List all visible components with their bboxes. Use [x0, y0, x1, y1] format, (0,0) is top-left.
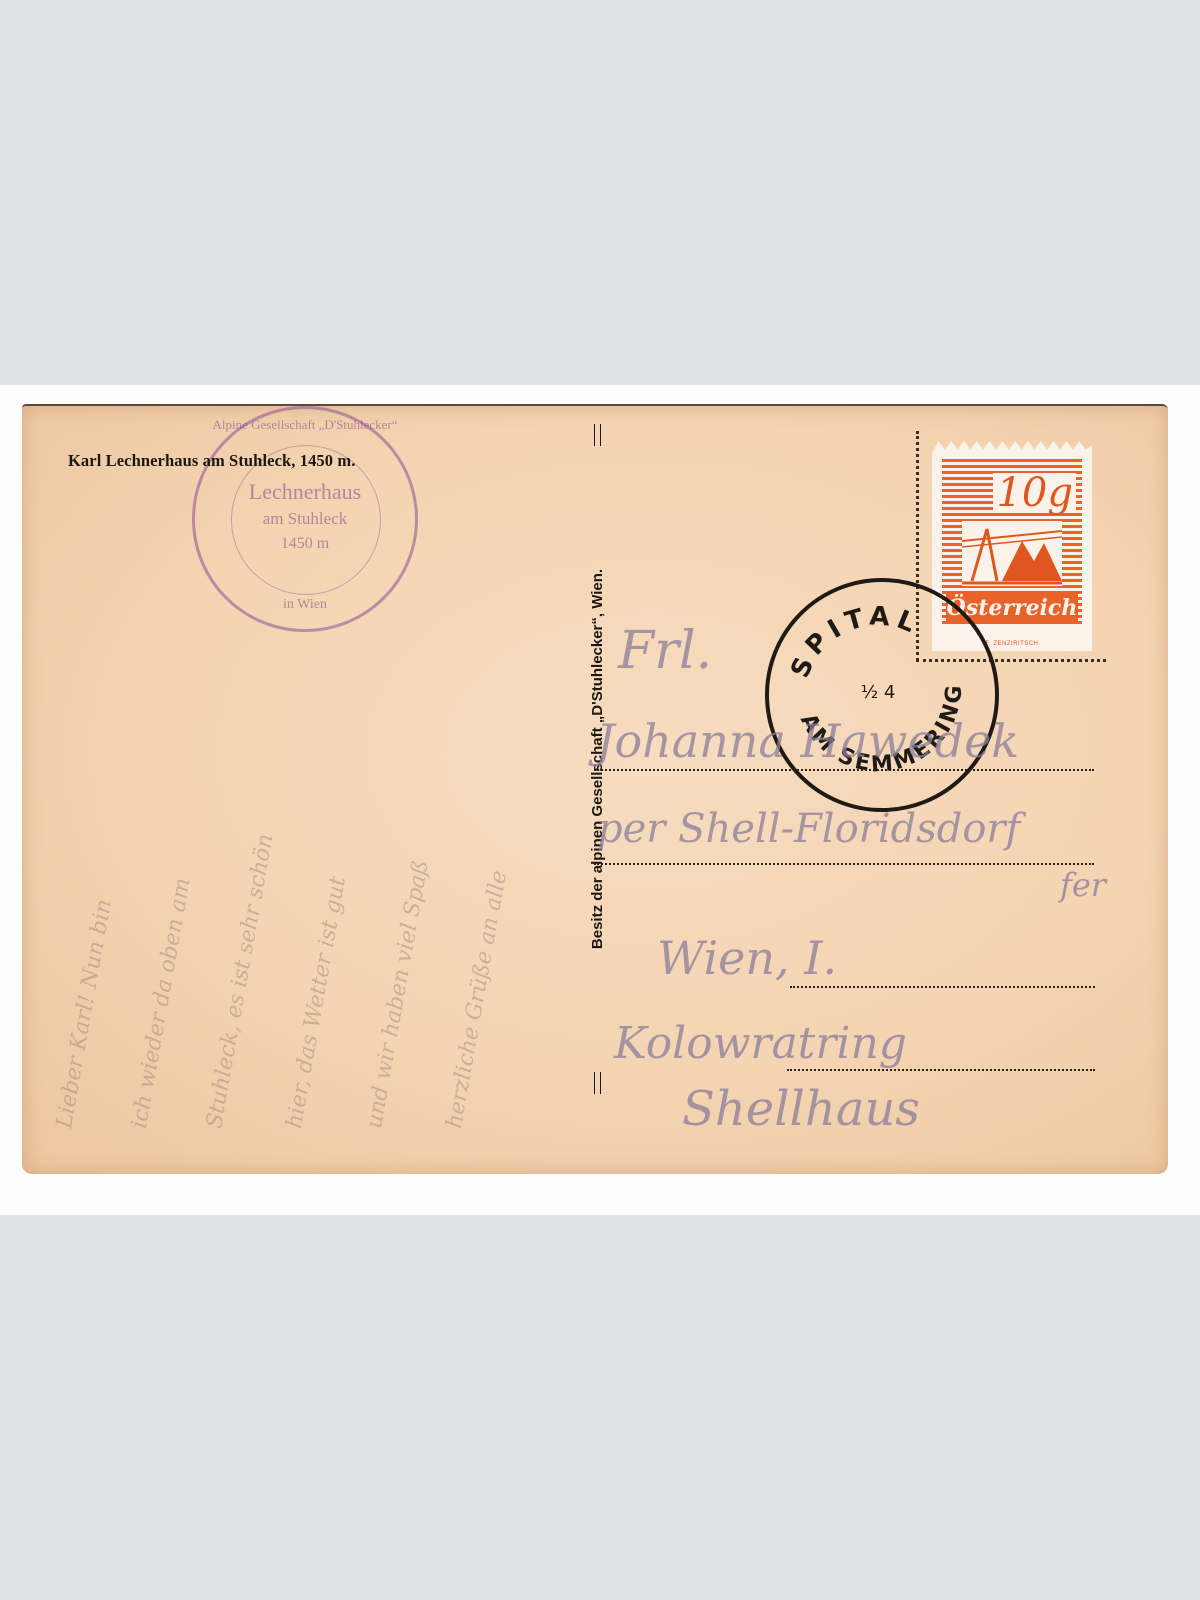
- handstamp-bottom-text: in Wien: [195, 597, 415, 613]
- message-line: und wir haben viel Spaß: [362, 858, 434, 1130]
- address-street: Kolowratring: [614, 1018, 907, 1069]
- postcard-title: Karl Lechnerhaus am Stuhleck, 1450 m.: [68, 451, 355, 471]
- address-care-of-cont: fer: [1060, 866, 1106, 904]
- svg-text:SPITAL: SPITAL: [785, 601, 925, 682]
- double-rule: [594, 424, 601, 446]
- handstamp-line1: Lechnerhaus: [195, 479, 415, 505]
- handstamp-line3: 1450 m: [195, 535, 415, 553]
- address-city: Wien, I.: [657, 931, 837, 985]
- message-line: Stuhleck, es ist sehr schön: [202, 832, 278, 1130]
- svg-text:½ 4: ½ 4: [861, 682, 896, 703]
- telegraph-mountain-icon: [962, 521, 1062, 586]
- message-line: Lieber Karl! Nun bin: [52, 897, 117, 1130]
- address-line-3: [790, 986, 1095, 988]
- handstamp-line2: am Stuhleck: [195, 509, 415, 529]
- association-handstamp: Lechnerhaus am Stuhleck 1450 m in Wien A…: [192, 406, 418, 632]
- address-name: Johanna Hawedek: [596, 714, 1019, 768]
- message-line: ich wieder da oben am: [127, 876, 196, 1130]
- address-building: Shellhaus: [682, 1081, 920, 1137]
- address-line-2: [594, 863, 1094, 865]
- address-line-1: [594, 769, 1094, 771]
- message-line: herzliche Grüße an alle: [442, 869, 512, 1131]
- stamp-value: 10g: [993, 473, 1076, 513]
- postcard: Lieber Karl! Nun bin ich wieder da oben …: [22, 404, 1168, 1174]
- double-rule: [594, 1072, 601, 1094]
- address-care-of: per Shell-Floridsdorf: [597, 806, 1020, 852]
- handstamp-outer-text: Alpine Gesellschaft „D'Stuhlecker“: [195, 417, 415, 433]
- address-line-4: [787, 1069, 1095, 1071]
- postmark: SPITAL AM SEMMERING ½ 4: [765, 578, 999, 812]
- message-line: hier, das Wetter ist gut: [282, 875, 351, 1131]
- address-salutation: Frl.: [618, 621, 712, 681]
